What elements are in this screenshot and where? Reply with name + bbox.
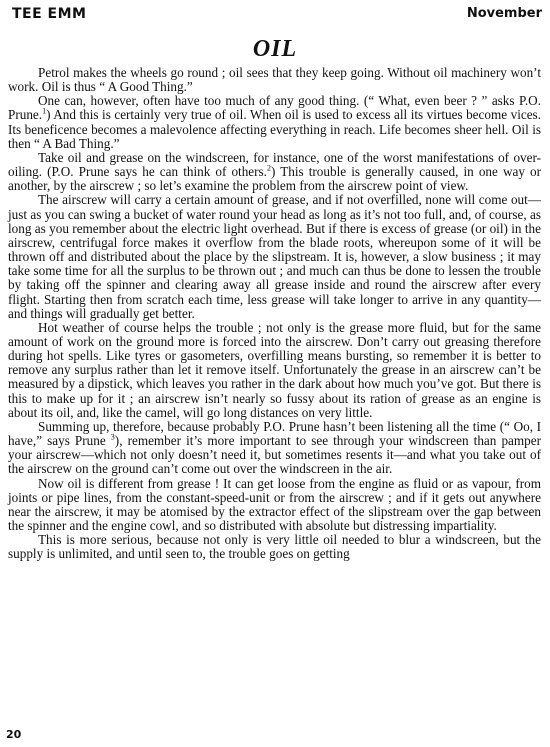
magazine-page: TEE EMM November OIL Petrol makes the wh… xyxy=(0,0,550,747)
running-head: TEE EMM November xyxy=(8,4,542,24)
paragraph-text: ) And this is certainly very true of oil… xyxy=(8,107,541,150)
paragraph: This is more serious, because not only i… xyxy=(8,533,541,561)
article-body: Petrol makes the wheels go round ; oil s… xyxy=(8,66,541,561)
paragraph: Take oil and grease on the windscreen, f… xyxy=(8,151,541,193)
paragraph: One can, however, often have too much of… xyxy=(8,94,541,151)
paragraph: The airscrew will carry a certain amount… xyxy=(8,193,541,320)
paragraph: Summing up, therefore, because probably … xyxy=(8,420,541,477)
paragraph-text: This is more serious, because not only i… xyxy=(8,532,541,561)
paragraph-text: Now oil is different from grease ! It ca… xyxy=(8,476,541,533)
article-title: OIL xyxy=(0,36,550,63)
paragraph: Now oil is different from grease ! It ca… xyxy=(8,477,541,534)
paragraph-text: Petrol makes the wheels go round ; oil s… xyxy=(8,65,541,94)
paragraph: Hot weather of course helps the trouble … xyxy=(8,321,541,420)
paragraph-text: Hot weather of course helps the trouble … xyxy=(8,320,541,420)
paragraph: Petrol makes the wheels go round ; oil s… xyxy=(8,66,541,94)
magazine-title: TEE EMM xyxy=(12,6,86,22)
issue-month: November xyxy=(467,6,542,21)
paragraph-text: The airscrew will carry a certain amount… xyxy=(8,192,541,320)
page-number: 20 xyxy=(6,728,21,741)
